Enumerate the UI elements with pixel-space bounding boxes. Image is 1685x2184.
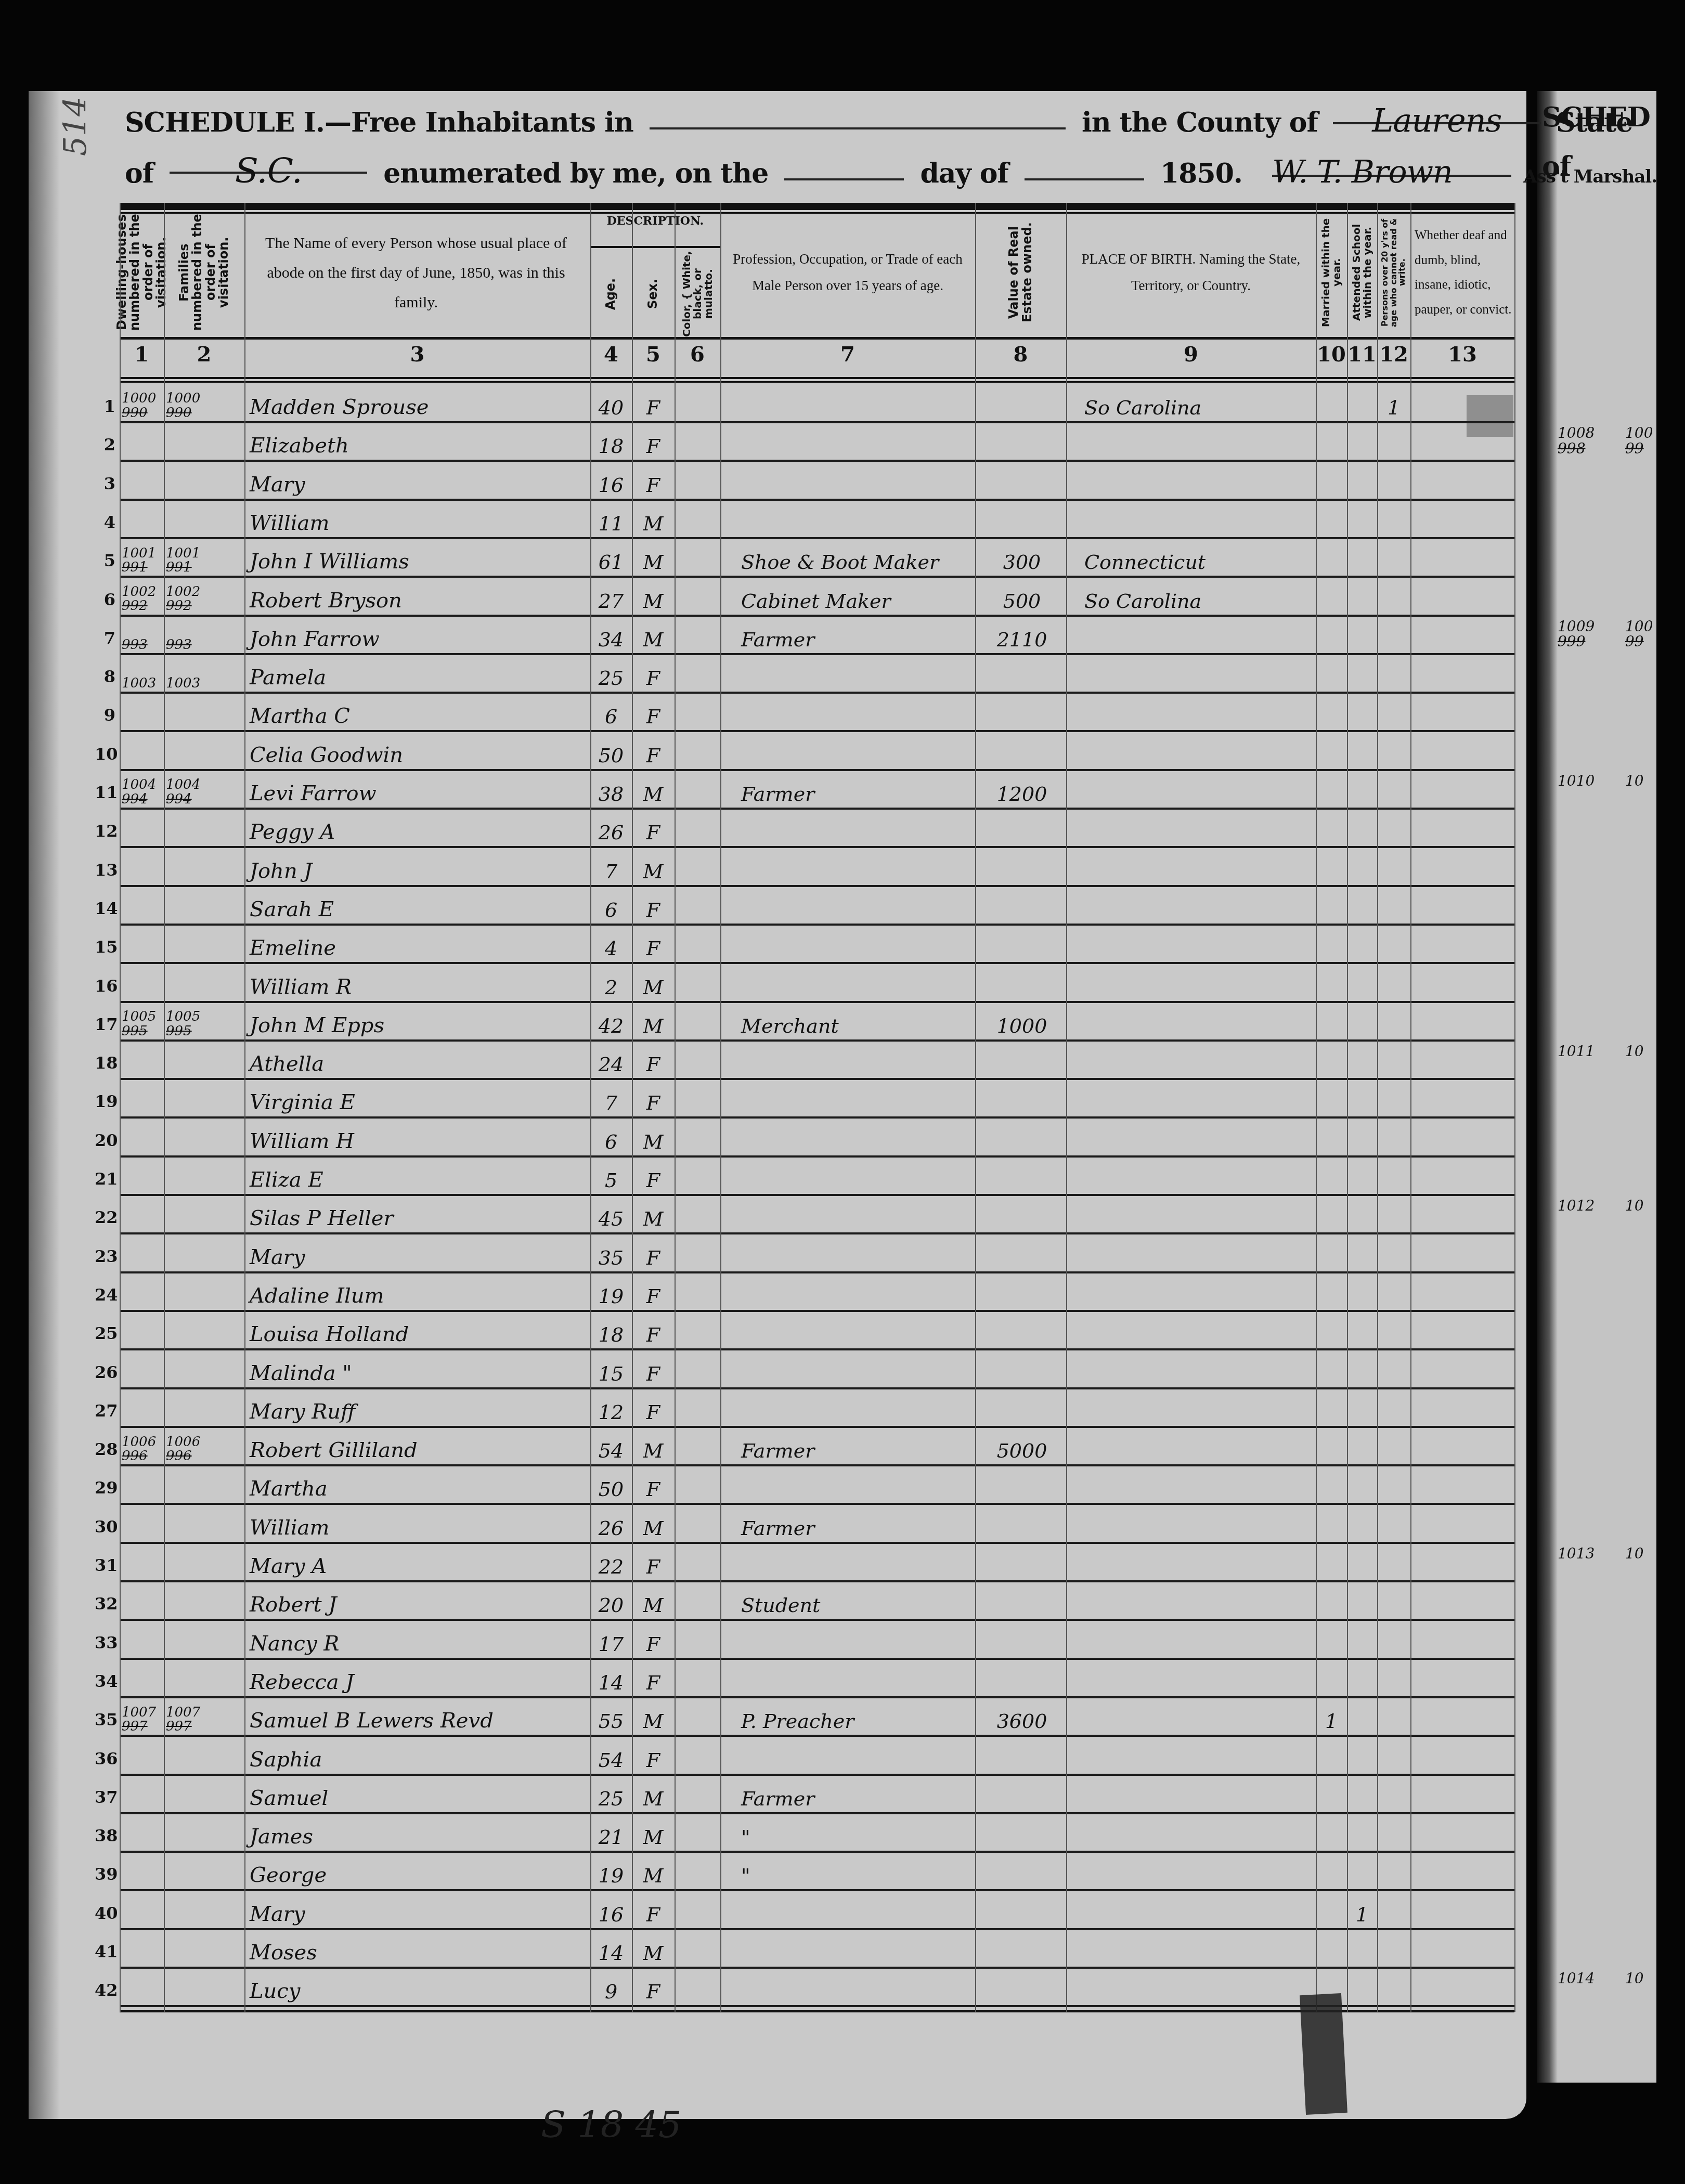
sex: F [632, 396, 675, 419]
col-4-header: Age. [590, 250, 632, 338]
adjacent-of-fragment: of [1542, 151, 1571, 183]
sex: F [632, 744, 675, 767]
occupation: Merchant [725, 1015, 986, 1037]
table-row: 22Silas P Heller45M [120, 1196, 1514, 1234]
dwelling-number: 993 [122, 638, 166, 652]
line-number: 10 [95, 744, 115, 764]
dwelling-new: 1000 [122, 391, 156, 406]
family-new: 1005 [166, 1009, 200, 1024]
line-number: 19 [95, 1091, 115, 1111]
table-row: 12Peggy A26F [120, 810, 1514, 848]
person-name: Elizabeth [250, 434, 582, 458]
person-name: John I Williams [250, 550, 582, 574]
sex: M [632, 628, 675, 651]
person-name: Virginia E [250, 1090, 582, 1114]
age: 6 [590, 899, 632, 921]
sex: F [632, 474, 675, 497]
sex: F [632, 1285, 675, 1308]
age: 16 [590, 474, 632, 497]
person-name: William R [250, 975, 582, 999]
sex: F [632, 705, 675, 728]
age: 14 [590, 1671, 632, 1694]
dwelling-number: 1005995 [122, 1010, 166, 1038]
sex: F [632, 937, 675, 960]
month-field [1025, 158, 1144, 180]
col-12-header: Persons over 20 y'rs of age who cannot r… [1377, 210, 1410, 335]
occupation: " [725, 1864, 986, 1887]
sex: F [632, 1362, 675, 1385]
adjacent-dwelling-number: 1013 [1558, 1546, 1595, 1561]
real-estate-value: 5000 [980, 1439, 1064, 1462]
table-row: 30William26MFarmer [120, 1505, 1514, 1544]
line-number: 24 [95, 1285, 115, 1305]
dwelling-new: 1003 [122, 675, 156, 691]
schedule-title: SCHEDULE I.—Free Inhabitants in [125, 107, 633, 138]
line-number: 41 [95, 1942, 115, 1961]
person-name: Malinda " [250, 1361, 582, 1385]
state-field: S.C. [170, 151, 367, 174]
birthplace: So Carolina [1074, 590, 1324, 613]
age: 38 [590, 783, 632, 805]
age: 25 [590, 1787, 632, 1810]
col-5-number: 5 [632, 342, 675, 373]
col-10-header: Married within the year. [1316, 210, 1347, 335]
line-number: 5 [95, 551, 115, 570]
dwelling-number: 1002992 [122, 585, 166, 614]
sex: M [632, 1787, 675, 1810]
enumeration-line: of S.C. enumerated by me, on the day of … [125, 151, 1657, 189]
age: 27 [590, 590, 632, 613]
dwelling-number: 1003 [122, 677, 166, 691]
line-number: 35 [95, 1710, 115, 1730]
table-row: 13John J7M [120, 849, 1514, 887]
occupation: Farmer [725, 1439, 986, 1462]
table-row: 16William R2M [120, 965, 1514, 1003]
age: 45 [590, 1207, 632, 1230]
occupation: Shoe & Boot Maker [725, 551, 986, 574]
age: 11 [590, 512, 632, 535]
dwelling-new: 1007 [122, 1705, 156, 1720]
dwelling-old-struck: 992 [122, 599, 166, 613]
person-name: John Farrow [250, 627, 582, 651]
person-name: Robert Gilliland [250, 1438, 582, 1462]
age: 50 [590, 744, 632, 767]
age: 40 [590, 396, 632, 419]
table-row: 2810069961006996Robert Gilliland54MFarme… [120, 1428, 1514, 1466]
person-name: Peggy A [250, 820, 582, 844]
dwelling-old-struck: 991 [122, 561, 166, 575]
person-name: James [250, 1825, 582, 1849]
person-name: Sarah E [250, 898, 582, 921]
table-row: 4William11M [120, 501, 1514, 539]
line-number: 29 [95, 1478, 115, 1498]
line-number: 9 [95, 705, 115, 725]
adjacent-dwelling-number: 1009999 [1558, 619, 1595, 649]
occupation: Student [725, 1594, 986, 1617]
line-number: 33 [95, 1633, 115, 1653]
person-name: Saphia [250, 1748, 582, 1772]
line-number: 27 [95, 1401, 115, 1421]
table-row: 29Martha50F [120, 1466, 1514, 1505]
column-divider [590, 203, 591, 2012]
line-number: 17 [95, 1015, 115, 1034]
schedule-title-line: SCHEDULE I.—Free Inhabitants in in the C… [125, 101, 1632, 138]
day-of-label: day of [920, 158, 1008, 189]
person-name: Samuel [250, 1786, 582, 1810]
table-row: 20William H6M [120, 1119, 1514, 1158]
line-number: 30 [95, 1517, 115, 1537]
person-name: Rebecca J [250, 1670, 582, 1694]
sex: F [632, 1980, 675, 2003]
dwelling-old-struck: 996 [122, 1449, 166, 1463]
cannot-read-write: 1 [1377, 396, 1410, 419]
sex: F [632, 1091, 675, 1114]
col-4-number: 4 [590, 342, 632, 373]
person-name: Celia Goodwin [250, 743, 582, 767]
occupation: Farmer [725, 1787, 986, 1810]
age: 4 [590, 937, 632, 960]
sex: M [632, 1130, 675, 1153]
sex: F [632, 1053, 675, 1076]
line-number: 36 [95, 1749, 115, 1769]
col-6-header: Color, { White, black, or mulatto. [675, 250, 720, 338]
table-row: 610029921002992Robert Bryson27MCabinet M… [120, 578, 1514, 617]
sex: F [632, 1323, 675, 1346]
real-estate-value: 3600 [980, 1710, 1064, 1733]
col-11-header: Attended School within the year. [1347, 210, 1377, 335]
adjacent-family-number: 10 [1625, 1546, 1644, 1561]
age: 54 [590, 1749, 632, 1772]
person-name: William [250, 511, 582, 535]
table-row: 510019911001991John I Williams61MShoe & … [120, 539, 1514, 578]
person-name: Robert J [250, 1593, 582, 1617]
column-divider [632, 203, 633, 2012]
family-old-struck: 991 [166, 561, 247, 575]
sex: F [632, 1246, 675, 1269]
age: 2 [590, 976, 632, 999]
person-name: Madden Sprouse [250, 395, 582, 419]
table-row: 33Nancy R17F [120, 1621, 1514, 1660]
line-number: 18 [95, 1053, 115, 1073]
person-name: John M Epps [250, 1013, 582, 1037]
family-old-struck: 995 [166, 1024, 247, 1038]
table-row: 23Mary35F [120, 1235, 1514, 1273]
line-number: 26 [95, 1362, 115, 1382]
sex: M [632, 1439, 675, 1462]
line-number: 39 [95, 1864, 115, 1884]
person-name: Nancy R [250, 1632, 582, 1656]
person-name: Mary [250, 1245, 582, 1269]
adjacent-family-number: 10099 [1625, 619, 1653, 649]
person-name: Samuel B Lewers Revd [250, 1709, 582, 1733]
family-number: 993 [166, 638, 247, 652]
occupation: Farmer [725, 628, 986, 651]
age: 7 [590, 860, 632, 883]
sex: M [632, 1594, 675, 1617]
col-11-number: 11 [1347, 342, 1377, 373]
sex: F [632, 899, 675, 921]
table-row: 14Sarah E6F [120, 887, 1514, 926]
adjacent-dwelling-number: 1010 [1558, 773, 1595, 788]
col-9-header: PLACE OF BIRTH. Naming the State, Territ… [1077, 210, 1305, 335]
dwelling-new: 1005 [122, 1009, 156, 1024]
dwelling-new: 1004 [122, 777, 156, 792]
family-new: 1003 [166, 675, 200, 691]
sex: F [632, 1555, 675, 1578]
col-12-number: 12 [1377, 342, 1410, 373]
person-name: Martha C [250, 704, 582, 728]
dwelling-new: 1006 [122, 1434, 156, 1450]
family-new: 1000 [166, 391, 200, 406]
line-number: 20 [95, 1130, 115, 1150]
column-divider [1316, 203, 1317, 2012]
real-estate-value: 1000 [980, 1015, 1064, 1037]
age: 19 [590, 1285, 632, 1308]
sex: M [632, 1207, 675, 1230]
sex: M [632, 783, 675, 805]
person-name: Emeline [250, 936, 582, 960]
line-number: 3 [95, 474, 115, 493]
family-new: 1002 [166, 584, 200, 600]
dwelling-old-struck: 997 [122, 1720, 166, 1734]
sex: M [632, 976, 675, 999]
table-row: 810031003Pamela25F [120, 655, 1514, 694]
age: 18 [590, 1323, 632, 1346]
col-2-header: Families numbered in the order of visita… [164, 210, 244, 335]
enumerated-label: enumerated by me, on the [383, 158, 768, 189]
sex: M [632, 512, 675, 535]
age: 5 [590, 1169, 632, 1192]
adjacent-family-number: 10 [1625, 1971, 1644, 1986]
line-number: 38 [95, 1826, 115, 1845]
age: 9 [590, 1980, 632, 2003]
table-row: 18Athella24F [120, 1042, 1514, 1080]
day-field [784, 158, 904, 180]
table-row: 110009901000990Madden Sprouse40FSo Carol… [120, 385, 1514, 423]
family-new: 1004 [166, 777, 200, 792]
person-name: Robert Bryson [250, 589, 582, 613]
age: 12 [590, 1401, 632, 1424]
age: 55 [590, 1710, 632, 1733]
column-divider [975, 203, 976, 2012]
adjacent-family-number: 10 [1625, 1044, 1644, 1059]
table-row: 3510079971007997Samuel B Lewers Revd55MP… [120, 1698, 1514, 1737]
family-new: 1007 [166, 1705, 200, 1720]
family-number: 1005995 [166, 1010, 247, 1038]
column-divider [1514, 203, 1515, 2012]
sex: F [632, 1169, 675, 1192]
col-3-number: 3 [244, 342, 590, 373]
adjacent-family-number: 10 [1625, 773, 1644, 788]
age: 21 [590, 1826, 632, 1849]
division-field [650, 107, 1066, 129]
person-name: Silas P Heller [250, 1206, 582, 1230]
col-5-header: Sex. [632, 250, 675, 338]
age: 26 [590, 821, 632, 844]
margin-page-note: 514 [57, 96, 94, 156]
line-number: 25 [95, 1323, 115, 1343]
line-number: 6 [95, 590, 115, 609]
dwelling-old-struck: 995 [122, 1024, 166, 1038]
sex: F [632, 1903, 675, 1926]
year-label: 1850. [1160, 158, 1242, 189]
age: 7 [590, 1091, 632, 1114]
person-name: Louisa Holland [250, 1322, 582, 1346]
table-row: 15Emeline4F [120, 926, 1514, 964]
dwelling-number: 1004994 [122, 778, 166, 807]
line-number: 22 [95, 1207, 115, 1227]
family-number: 1001991 [166, 547, 247, 575]
table-row: 32Robert J20MStudent [120, 1582, 1514, 1621]
table-row: 19Virginia E7F [120, 1080, 1514, 1119]
family-number: 1006996 [166, 1435, 247, 1464]
column-divider [120, 203, 121, 2012]
column-divider [244, 203, 245, 2012]
occupation: Farmer [725, 783, 986, 805]
sex: M [632, 1942, 675, 1965]
adjacent-page-strip [1537, 91, 1656, 2083]
person-name: Eliza E [250, 1168, 582, 1192]
person-name: George [250, 1863, 582, 1887]
age: 50 [590, 1478, 632, 1501]
table-row: 34Rebecca J14F [120, 1660, 1514, 1698]
table-row: 25Louisa Holland18F [120, 1312, 1514, 1350]
line-number: 42 [95, 1980, 115, 2000]
family-number: 1007997 [166, 1706, 247, 1734]
birthplace: Connecticut [1074, 551, 1324, 574]
person-name: Levi Farrow [250, 782, 582, 805]
table-row: 24Adaline Ilum19F [120, 1273, 1514, 1312]
column-divider [1410, 203, 1411, 2012]
sex: M [632, 1710, 675, 1733]
table-row: 38James21M" [120, 1814, 1514, 1853]
attended-school: 1 [1347, 1903, 1377, 1926]
occupation: " [725, 1826, 986, 1849]
table-row: 2Elizabeth18F [120, 423, 1514, 462]
adjacent-family-number: 10 [1625, 1198, 1644, 1213]
col-1-header: Dwelling-houses numbered in the order of… [120, 210, 164, 335]
age: 6 [590, 705, 632, 728]
adjacent-dwelling-number: 1011 [1558, 1044, 1595, 1059]
person-name: Adaline Ilum [250, 1284, 582, 1308]
table-row: 7993993John Farrow34MFarmer2110 [120, 617, 1514, 655]
age: 61 [590, 551, 632, 574]
occupation: Cabinet Maker [725, 590, 986, 613]
real-estate-value: 1200 [980, 783, 1064, 805]
sex: M [632, 1517, 675, 1540]
person-name: Mary Ruff [250, 1400, 582, 1424]
table-row: 37Samuel25MFarmer [120, 1776, 1514, 1814]
person-name: Martha [250, 1477, 582, 1501]
col-6-number: 6 [675, 342, 720, 373]
description-group-header: DESCRIPTION. [590, 214, 720, 228]
family-number: 1003 [166, 677, 247, 691]
table-row: 21Eliza E5F [120, 1158, 1514, 1196]
line-number: 13 [95, 860, 115, 880]
table-row: 36Saphia54F [120, 1737, 1514, 1776]
family-old-struck: 994 [166, 792, 247, 807]
person-name: Mary A [250, 1554, 582, 1578]
table-row: 1710059951005995John M Epps42MMerchant10… [120, 1003, 1514, 1042]
age: 22 [590, 1555, 632, 1578]
age: 25 [590, 667, 632, 690]
line-number: 37 [95, 1787, 115, 1807]
age: 54 [590, 1439, 632, 1462]
age: 16 [590, 1903, 632, 1926]
dwelling-number: 1001991 [122, 547, 166, 575]
age: 15 [590, 1362, 632, 1385]
sex: M [632, 551, 675, 574]
line-number: 31 [95, 1555, 115, 1575]
line-number: 7 [95, 628, 115, 648]
age: 18 [590, 435, 632, 458]
sex: F [632, 667, 675, 690]
age: 42 [590, 1015, 632, 1037]
col-8-header: Value of Real Estate owned. [975, 210, 1066, 335]
real-estate-value: 300 [980, 551, 1064, 574]
column-divider [1066, 203, 1067, 2012]
adjacent-dwelling-number: 1012 [1558, 1198, 1595, 1213]
column-divider [1347, 203, 1348, 2012]
married-within-year: 1 [1316, 1710, 1347, 1733]
line-number: 15 [95, 937, 115, 957]
table-row: 39George19M" [120, 1853, 1514, 1891]
adjacent-header-fragment: SCHED [1542, 101, 1650, 133]
occupation: Farmer [725, 1517, 986, 1540]
person-name: Moses [250, 1941, 582, 1965]
dwelling-old-struck: 993 [122, 638, 166, 652]
age: 6 [590, 1130, 632, 1153]
col-3-header: The Name of every Person whose usual pla… [255, 210, 577, 335]
col-9-number: 9 [1066, 342, 1316, 373]
county-field: Laurens [1333, 101, 1541, 124]
dwelling-number: 1007997 [122, 1706, 166, 1734]
ink-stain [1300, 1993, 1347, 2115]
line-number: 12 [95, 821, 115, 841]
column-divider [164, 203, 165, 2012]
col-8-number: 8 [975, 342, 1066, 373]
age: 19 [590, 1864, 632, 1887]
col-13-number: 13 [1410, 342, 1514, 373]
line-number: 14 [95, 899, 115, 918]
dwelling-old-struck: 990 [122, 406, 166, 420]
of-label: of [125, 158, 153, 189]
col-10-number: 10 [1316, 342, 1347, 373]
dwelling-new: 1001 [122, 545, 156, 561]
family-old-struck: 996 [166, 1449, 247, 1463]
adjacent-dwelling-number: 1014 [1558, 1971, 1595, 1986]
real-estate-value: 500 [980, 590, 1064, 613]
family-new: 1006 [166, 1434, 200, 1450]
dwelling-number: 1000990 [122, 392, 166, 420]
line-number: 21 [95, 1169, 115, 1189]
adjacent-dwelling-number: 1008998 [1558, 425, 1595, 456]
sex: M [632, 860, 675, 883]
sex: M [632, 1015, 675, 1037]
table-row: 41Moses14M [120, 1930, 1514, 1969]
line-number: 28 [95, 1439, 115, 1459]
column-divider [1377, 203, 1378, 2012]
table-row: 40Mary16F1 [120, 1892, 1514, 1930]
line-number: 1 [95, 396, 115, 416]
col-1-number: 1 [120, 342, 164, 373]
person-name: William [250, 1516, 582, 1540]
family-old-struck: 992 [166, 599, 247, 613]
family-number: 1000990 [166, 392, 247, 420]
sex: M [632, 1864, 675, 1887]
family-number: 1002992 [166, 585, 247, 614]
line-number: 8 [95, 667, 115, 686]
